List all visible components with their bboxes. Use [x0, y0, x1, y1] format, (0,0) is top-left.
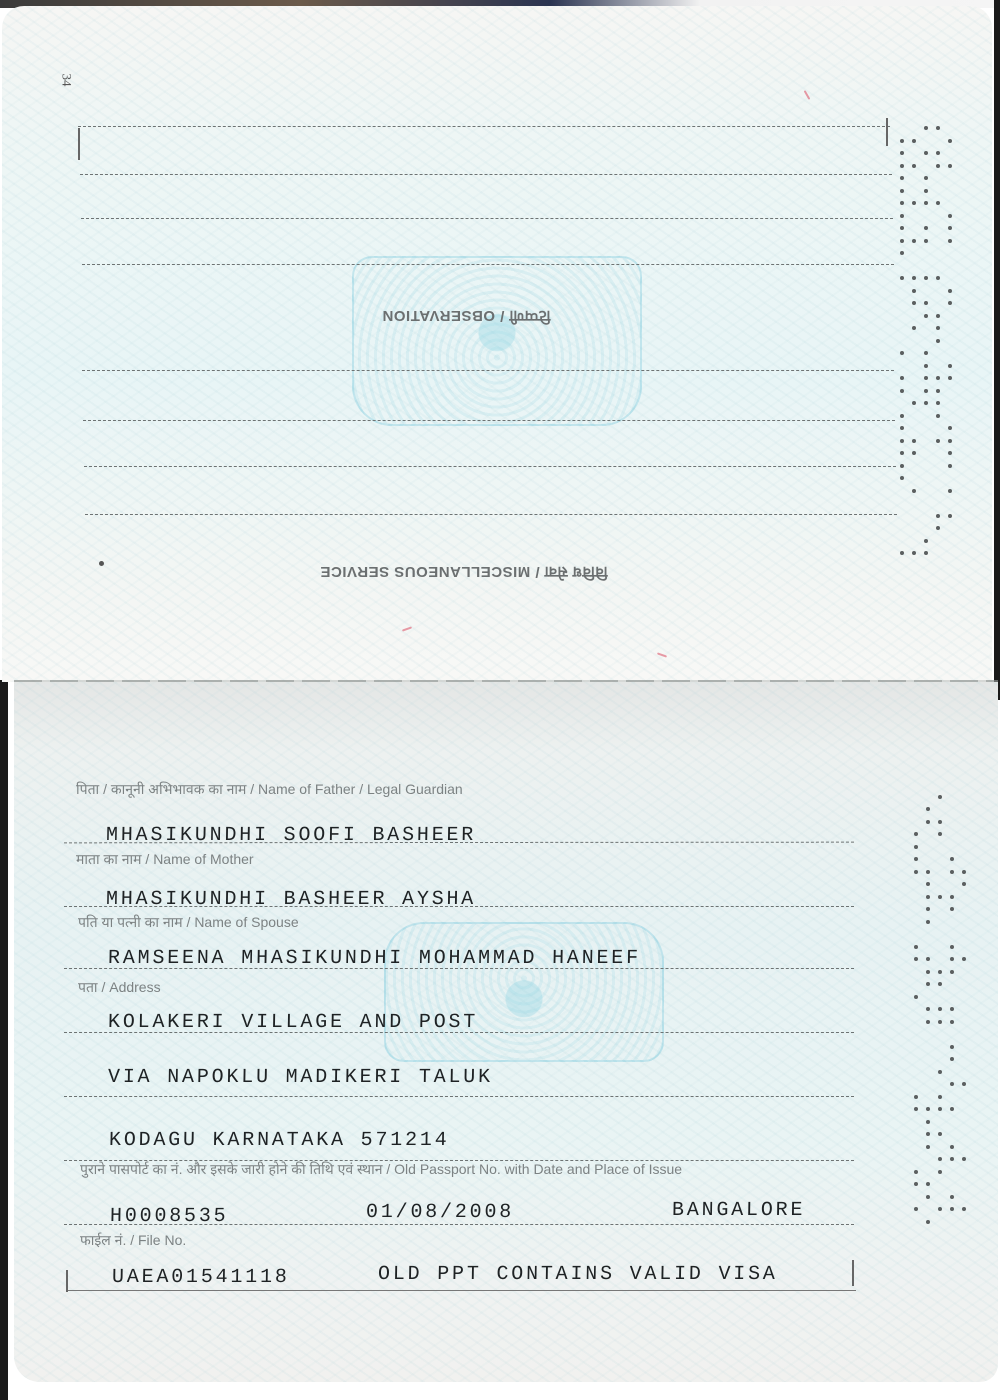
perforation-hole [900, 139, 904, 143]
perforation-hole [914, 957, 918, 961]
perforation-hole [924, 401, 928, 405]
perforation-hole [900, 389, 904, 393]
perforation-hole [936, 164, 940, 168]
perforation-hole [900, 251, 904, 255]
perforation-hole [950, 945, 954, 949]
perforation-hole [950, 1007, 954, 1011]
address-line-1: KOLAKERI VILLAGE AND POST [108, 1011, 478, 1034]
field-underline [64, 906, 854, 907]
perforation-hole [926, 957, 930, 961]
perforation-hole [936, 326, 940, 330]
perforation-hole [900, 551, 904, 555]
perforation-hole [900, 376, 904, 380]
mother-name-value: MHASIKUNDHI BASHEER AYSHA [106, 888, 476, 911]
perforation-hole [950, 1207, 954, 1211]
perforation-hole [936, 201, 940, 205]
perforation-hole [948, 464, 952, 468]
perforation-hole [912, 239, 916, 243]
observation-frame-right [886, 118, 888, 146]
perforation-hole [900, 151, 904, 155]
perforation-hole [950, 1082, 954, 1086]
perforation-hole [924, 539, 928, 543]
perforation-hole [914, 1207, 918, 1211]
perforation-hole [936, 414, 940, 418]
perforation-hole [950, 1107, 954, 1111]
perforation-hole [962, 882, 966, 886]
perforation-hole [962, 870, 966, 874]
perforation-hole [948, 426, 952, 430]
perforation-hole [948, 376, 952, 380]
observation-frame-left [78, 128, 80, 160]
perforation-hole [912, 301, 916, 305]
perforated-passport-number [900, 126, 970, 566]
perforation-hole [912, 326, 916, 330]
perforation-hole [938, 820, 942, 824]
perforation-hole [926, 1007, 930, 1011]
perforation-hole [950, 970, 954, 974]
perforation-hole [926, 1107, 930, 1111]
perforation-hole [912, 551, 916, 555]
perforation-hole [950, 1045, 954, 1049]
perforation-hole [900, 226, 904, 230]
perforation-hole [938, 1170, 942, 1174]
perforation-hole [938, 1107, 942, 1111]
file-number-value: UAEA01541118 [112, 1266, 290, 1289]
perforation-hole [926, 1020, 930, 1024]
passport-page-particulars: पिता / कानूनी अभिभावक का नाम / Name of F… [14, 682, 998, 1382]
perforation-hole [900, 189, 904, 193]
perforation-hole [938, 895, 942, 899]
national-emblem-watermark-icon [352, 256, 642, 426]
perforation-hole [912, 401, 916, 405]
perforation-hole [938, 832, 942, 836]
perforation-hole [914, 832, 918, 836]
perforation-hole [936, 376, 940, 380]
perforation-hole [900, 451, 904, 455]
father-name-value: MHASIKUNDHI SOOFI BASHEER [106, 824, 476, 847]
perforation-hole [948, 301, 952, 305]
perforation-hole [900, 351, 904, 355]
page-number: 34 [59, 74, 75, 87]
perforation-hole [926, 820, 930, 824]
perforation-hole [950, 957, 954, 961]
old-passport-label: पुराने पासपोर्ट का नं. और इसके जारी होने… [80, 1160, 682, 1179]
perforation-hole [914, 870, 918, 874]
perforation-hole [900, 476, 904, 480]
perforation-hole [938, 1157, 942, 1161]
perforation-hole [938, 1020, 942, 1024]
passport-page-observation: 34 टिप्पणी / OBSERVATION विविध सेवा / MI… [2, 6, 992, 682]
perforation-hole [950, 907, 954, 911]
perforation-hole [926, 1132, 930, 1136]
perforation-hole [900, 239, 904, 243]
perforation-hole [938, 1070, 942, 1074]
perforation-hole [900, 439, 904, 443]
perforation-hole [962, 1082, 966, 1086]
perforation-hole [948, 439, 952, 443]
perforation-hole [936, 314, 940, 318]
field-underline [64, 968, 854, 969]
perforation-hole [936, 389, 940, 393]
perforation-hole [900, 201, 904, 205]
perforation-hole [950, 1145, 954, 1149]
perforation-hole [926, 1195, 930, 1199]
perforation-hole [948, 289, 952, 293]
perforation-hole [924, 389, 928, 393]
perforation-hole [912, 489, 916, 493]
perforation-hole [900, 464, 904, 468]
perforation-hole [926, 807, 930, 811]
perforation-hole [900, 214, 904, 218]
spouse-name-label: पति या पत्नी का नाम / Name of Spouse [78, 913, 299, 932]
perforation-hole [924, 376, 928, 380]
file-frame-bottom [66, 1290, 856, 1291]
field-underline [64, 1032, 854, 1033]
observation-line [82, 370, 894, 371]
perforation-hole [914, 845, 918, 849]
scan-left-edge [0, 680, 8, 1400]
perforation-hole [926, 882, 930, 886]
address-line-2: VIA NAPOKLU MADIKERI TALUK [108, 1066, 493, 1089]
perforation-hole [948, 489, 952, 493]
perforation-hole [936, 401, 940, 405]
perforation-hole [914, 945, 918, 949]
observation-line [83, 420, 895, 421]
file-frame-left [66, 1270, 68, 1292]
perforation-hole [950, 895, 954, 899]
perforation-hole [924, 301, 928, 305]
old-passport-issue-date: 01/08/2008 [366, 1201, 514, 1224]
perforation-hole [950, 1195, 954, 1199]
perforation-hole [926, 1220, 930, 1224]
perforation-hole [948, 226, 952, 230]
perforation-hole [900, 276, 904, 280]
file-number-label: फाईल नं. / File No. [80, 1231, 186, 1250]
observation-line [80, 174, 892, 175]
perforation-hole [936, 339, 940, 343]
perforation-hole [924, 126, 928, 130]
ink-dot [99, 561, 104, 566]
observation-line [82, 264, 894, 265]
mother-name-label: माता का नाम / Name of Mother [76, 850, 254, 869]
address-label: पता / Address [78, 978, 161, 997]
perforation-hole [948, 239, 952, 243]
perforation-hole [924, 189, 928, 193]
perforation-hole [914, 1107, 918, 1111]
perforation-hole [948, 514, 952, 518]
perforation-hole [914, 1182, 918, 1186]
perforation-hole [914, 1170, 918, 1174]
perforation-hole [962, 1157, 966, 1161]
perforation-hole [938, 1007, 942, 1011]
perforation-hole [912, 276, 916, 280]
perforation-hole [914, 995, 918, 999]
perforation-hole [924, 314, 928, 318]
perforation-hole [948, 214, 952, 218]
perforated-passport-number [914, 782, 984, 1232]
perforation-hole [924, 176, 928, 180]
perforation-hole [912, 201, 916, 205]
address-line-3: KODAGU KARNATAKA 571214 [109, 1129, 450, 1152]
perforation-hole [950, 1157, 954, 1161]
perforation-hole [900, 164, 904, 168]
perforation-hole [936, 276, 940, 280]
perforation-hole [936, 514, 940, 518]
file-remark: OLD PPT CONTAINS VALID VISA [378, 1263, 778, 1286]
perforation-hole [926, 870, 930, 874]
observation-line [84, 466, 896, 467]
perforation-hole [936, 439, 940, 443]
perforation-hole [914, 1095, 918, 1099]
observation-frame-top [78, 126, 890, 127]
perforation-hole [924, 551, 928, 555]
perforation-hole [912, 289, 916, 293]
perforation-hole [926, 907, 930, 911]
observation-line [85, 514, 897, 515]
perforation-hole [926, 982, 930, 986]
perforation-hole [926, 1182, 930, 1186]
miscellaneous-service-heading: विविध सेवा / MISCELLANEOUS SERVICE [320, 562, 607, 582]
perforation-hole [924, 351, 928, 355]
scan-right-edge [994, 0, 1000, 700]
perforation-hole [948, 364, 952, 368]
perforation-hole [938, 795, 942, 799]
perforation-hole [912, 164, 916, 168]
father-name-label: पिता / कानूनी अभिभावक का नाम / Name of F… [76, 780, 463, 799]
perforation-hole [938, 970, 942, 974]
perforation-hole [950, 870, 954, 874]
perforation-hole [926, 920, 930, 924]
perforation-hole [924, 226, 928, 230]
perforation-hole [924, 201, 928, 205]
perforation-hole [950, 857, 954, 861]
observation-line [81, 218, 893, 219]
field-underline [64, 1096, 854, 1097]
perforation-hole [926, 970, 930, 974]
perforation-hole [962, 957, 966, 961]
perforation-hole [948, 139, 952, 143]
perforation-hole [924, 276, 928, 280]
observation-heading: टिप्पणी / OBSERVATION [382, 306, 550, 326]
perforation-hole [950, 1020, 954, 1024]
perforation-hole [900, 414, 904, 418]
perforation-hole [924, 239, 928, 243]
perforation-hole [926, 1120, 930, 1124]
perforation-hole [948, 164, 952, 168]
perforation-hole [938, 1132, 942, 1136]
perforation-hole [924, 151, 928, 155]
perforation-hole [900, 426, 904, 430]
perforation-hole [936, 126, 940, 130]
perforation-hole [914, 857, 918, 861]
perforation-hole [924, 364, 928, 368]
national-emblem-watermark-icon [384, 922, 664, 1062]
perforation-hole [900, 176, 904, 180]
file-frame-right [852, 1260, 854, 1286]
perforation-hole [962, 1207, 966, 1211]
perforation-hole [938, 982, 942, 986]
perforation-hole [926, 895, 930, 899]
perforation-hole [936, 526, 940, 530]
old-passport-issue-place: BANGALORE [672, 1199, 806, 1222]
perforation-hole [912, 439, 916, 443]
perforation-hole [936, 151, 940, 155]
perforation-hole [950, 1057, 954, 1061]
spouse-name-value: RAMSEENA MHASIKUNDHI MOHAMMAD HANEEF [108, 947, 641, 970]
perforation-hole [912, 451, 916, 455]
perforation-hole [938, 1095, 942, 1099]
field-underline [64, 1224, 854, 1225]
perforation-hole [948, 451, 952, 455]
perforation-hole [912, 139, 916, 143]
perforation-hole [926, 1145, 930, 1149]
perforation-hole [938, 1207, 942, 1211]
